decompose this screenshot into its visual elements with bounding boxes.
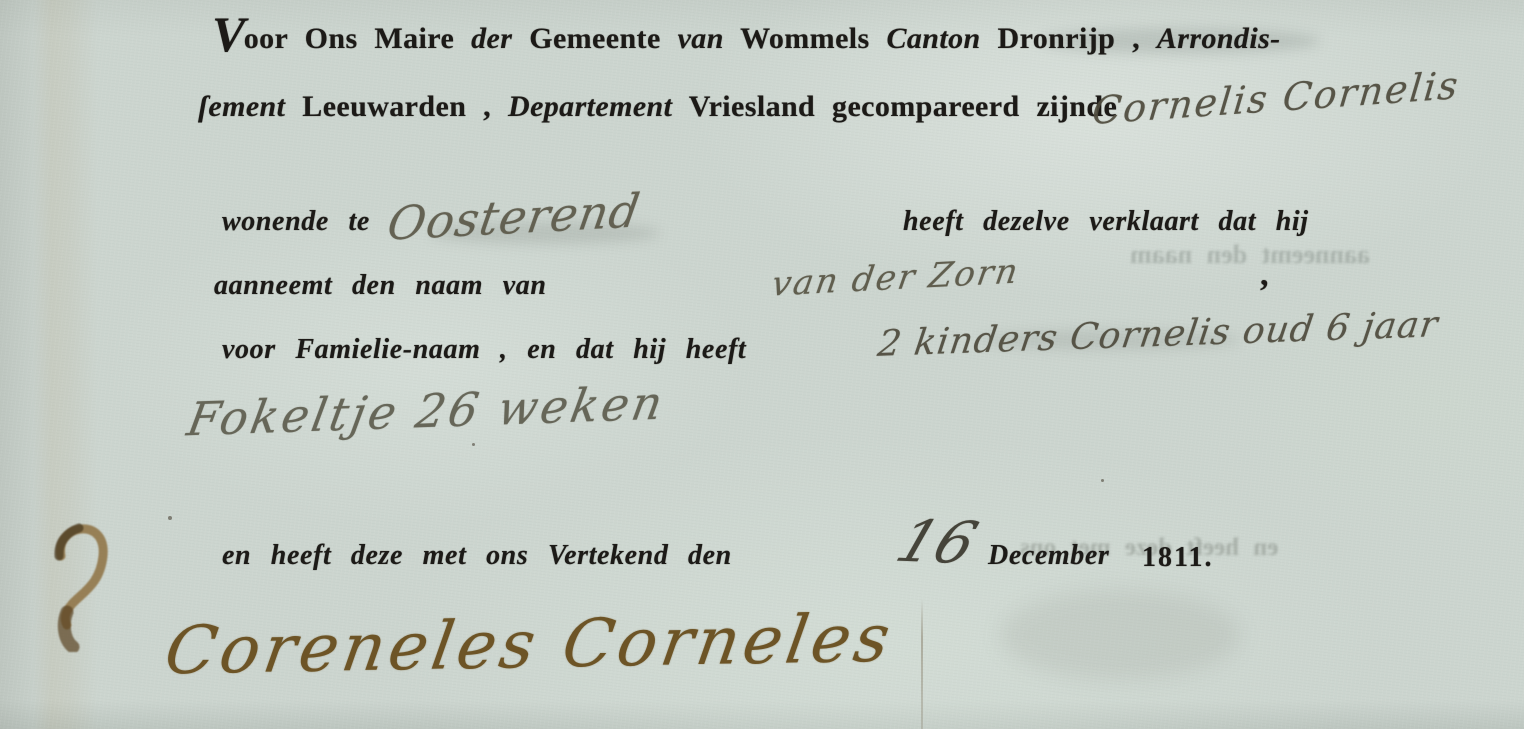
paper-crease xyxy=(921,598,923,729)
paper-speck xyxy=(472,443,475,446)
printed-vertekend-den: en heeft deze met ons Vertekend den xyxy=(222,540,732,572)
handwritten-children-2: Fokeltje 26 weken xyxy=(183,375,669,446)
printed-heeft-dezelve: heeft dezelve verklaart dat hij xyxy=(903,206,1309,238)
paper-speck xyxy=(168,516,172,520)
bleedthrough-text-middle: aanneemt den naam xyxy=(1120,240,1370,270)
paper-speck xyxy=(1101,479,1104,482)
printed-familienaam: voor Famielie-naam , en dat hij heeft xyxy=(222,334,746,366)
printed-line-2: ſement Leeuwarden , Departement Vrieslan… xyxy=(198,90,1117,124)
printed-month: December xyxy=(988,540,1109,572)
handwritten-children-1: 2 kinders Cornelis oud 6 jaar xyxy=(875,304,1441,365)
handwritten-comparant-name: Cornelis Cornelis xyxy=(1090,63,1462,133)
handwritten-day: 16 xyxy=(888,507,986,577)
document-page: aanneemt den naam en heeft deze met ons … xyxy=(0,0,1524,729)
binding-hole-mark xyxy=(45,512,117,652)
printed-wonende-te: wonende te xyxy=(222,206,370,238)
bleedthrough-smudge-signature xyxy=(1000,590,1240,680)
printed-line-1: Voor Ons Maire der Gemeente van Wommels … xyxy=(212,22,1281,56)
printed-comma: , xyxy=(1260,256,1269,294)
handwritten-residence: Oosterend xyxy=(384,183,644,251)
printed-year: 1811. xyxy=(1142,542,1213,574)
handwritten-adopted-surname: van der Zorn xyxy=(769,251,1022,304)
handwritten-signature: Coreneles Corneles xyxy=(160,600,899,690)
printed-aanneemt-naam: aanneemt den naam van xyxy=(214,270,547,302)
drop-capital-v: V xyxy=(212,6,246,62)
